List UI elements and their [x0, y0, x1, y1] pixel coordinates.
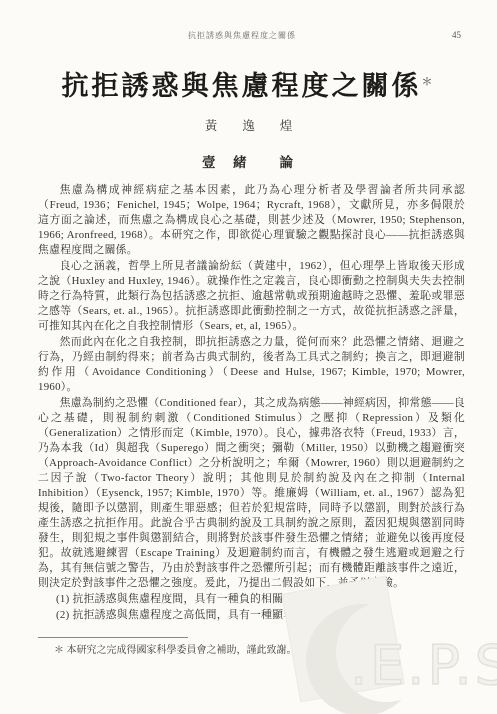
- running-header-title: 抗拒誘惑與焦慮程度之關係: [188, 30, 296, 41]
- document-page: 抗拒誘惑與焦慮程度之關係 45 抗拒誘惑與焦慮程度之關係＊ 黃 逸 煌 壹 緒 …: [0, 0, 497, 714]
- title-footnote-marker: ＊: [422, 76, 436, 88]
- footnote-divider: [38, 637, 188, 638]
- running-header: 抗拒誘惑與焦慮程度之關係 45: [0, 30, 497, 44]
- author-name: 黃 逸 煌: [0, 116, 497, 134]
- paragraph: 良心之涵義，哲學上所見者議論紛紜（黃建中，1962），但心理學上皆取後天形成之說…: [38, 259, 465, 334]
- article-body: 焦慮為構成神經病症之基本因素，此乃為心理分析者及學習論者所共同承認（Freud,…: [0, 183, 497, 623]
- article-title: 抗拒誘惑與焦慮程度之關係＊: [0, 64, 497, 103]
- page-number: 45: [452, 30, 461, 40]
- paragraph: 然而此內在化之自我控制，即抗拒誘惑之力量，從何而來？此恐懼之情緒、迴避之行為，乃…: [38, 335, 465, 395]
- footnote: ＊ 本研究之完成得國家科學委員會之補助，謹此致謝。: [38, 644, 465, 658]
- paragraph: 焦慮為構成神經病症之基本因素，此乃為心理分析者及學習論者所共同承認（Freud,…: [38, 183, 465, 258]
- article-title-text: 抗拒誘惑與焦慮程度之關係: [62, 71, 422, 101]
- hypothesis-1: (1) 抗拒誘惑與焦慮程度間，具有一種負的相關；: [56, 592, 465, 607]
- paragraph: 焦慮為制約之恐懼（Conditioned fear），其之成為病態——神經病因，…: [38, 396, 465, 591]
- section-heading: 壹 緒 論: [0, 151, 497, 171]
- hypothesis-2: (2) 抗拒誘惑與焦慮程度之高低間，具有一種顯著的差異。: [56, 608, 465, 623]
